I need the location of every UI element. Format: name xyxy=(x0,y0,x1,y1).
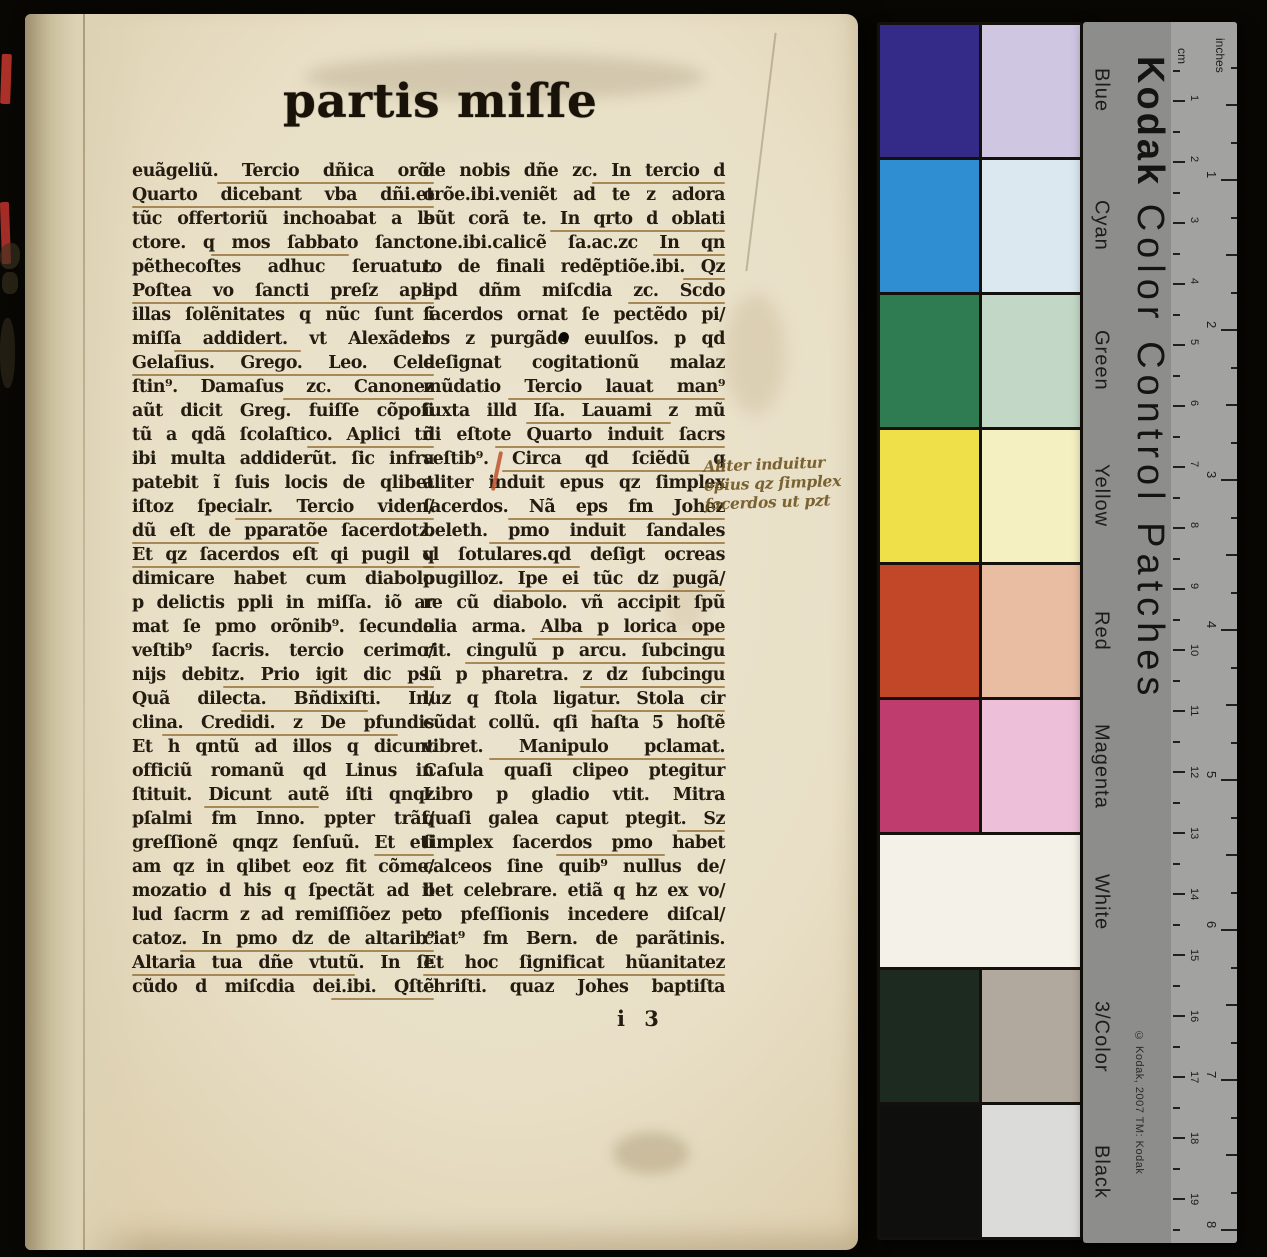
text-column-right: de nobis dñe zc. In tercio dorõe.ibi.ven… xyxy=(423,160,725,1000)
text-line: euãgeliũ. Tercio dñica orõ. xyxy=(132,160,434,184)
cm-tick xyxy=(1173,100,1185,102)
inch-tick xyxy=(1221,1229,1237,1231)
chart-copyright: © Kodak, 2007 TM: Kodak xyxy=(1129,1030,1145,1230)
text-line: de nobis dñe zc. In tercio d xyxy=(423,160,725,184)
cm-tick xyxy=(1173,527,1185,529)
cm-number: 14 xyxy=(1188,888,1200,900)
kodak-brand: Kodak xyxy=(1129,56,1171,187)
color-patch-yellow-tint xyxy=(982,430,1081,562)
inch-tick xyxy=(1231,1117,1237,1119)
text-line: Gelaſius. Grego. Leo. Cele xyxy=(132,352,434,376)
text-line: Caſula quaſi clipeo ptegitur xyxy=(423,760,725,784)
cm-tick xyxy=(1173,405,1185,407)
inch-tick xyxy=(1231,217,1237,219)
cm-tick xyxy=(1173,1137,1185,1139)
text-line: pẽthecoſtes adhuc ſeruatur. xyxy=(132,256,434,280)
text-line: am qz in qlibet eoz fit cõme/ xyxy=(132,856,434,880)
inch-tick xyxy=(1221,329,1237,331)
inch-tick xyxy=(1226,104,1237,106)
inch-tick xyxy=(1231,367,1237,369)
text-line: ſtituit. Dicunt autẽ iſti qnqz xyxy=(132,784,434,808)
inch-tick xyxy=(1231,667,1237,669)
color-patch-green-primary xyxy=(880,295,979,427)
text-line: dũ eſt de pparatõe ſacerdotz. xyxy=(132,520,434,544)
text-line: vl ſotulares.qd deſigt ocreas xyxy=(423,544,725,568)
text-line: Altaria tua dñe vtutũ. In ſe xyxy=(132,952,434,976)
text-line: patebit ĩ ſuis locis de qlibet xyxy=(132,472,434,496)
inch-number: 4 xyxy=(1204,621,1219,628)
inch-tick xyxy=(1231,967,1237,969)
text-line: miſſa addidert. vt Alexãder. xyxy=(132,328,434,352)
margin-note-line: ſacerdos ut pzt xyxy=(704,489,863,514)
cm-tick xyxy=(1173,863,1180,865)
inch-tick xyxy=(1221,779,1237,781)
text-line: calceos ſine quib⁹ nullus de/ xyxy=(423,856,725,880)
text-line: mozatio d his q ſpectãt ad il xyxy=(132,880,434,904)
cm-tick xyxy=(1173,954,1185,956)
text-line: lud ſacrm z ad remiſſiõez pec xyxy=(132,904,434,928)
inch-number: 3 xyxy=(1204,471,1219,478)
inch-tick xyxy=(1231,1042,1237,1044)
text-line: illas ſolẽnitates q nũc ſunt ĩ xyxy=(132,304,434,328)
text-line: dimicare habet cum diabolo xyxy=(132,568,434,592)
color-patch-blue-tint xyxy=(982,25,1081,157)
text-line: aũt dicit Greg. fuiſſe cõpoſi xyxy=(132,400,434,424)
inch-tick xyxy=(1226,704,1237,706)
color-patch-black-primary xyxy=(880,1105,979,1237)
cm-tick xyxy=(1173,924,1180,926)
cm-tick xyxy=(1173,131,1180,133)
patch-label-blue: Blue xyxy=(1087,22,1115,157)
text-line: los z purgãdo euulſos. p qd xyxy=(423,328,725,352)
inch-number: 5 xyxy=(1204,771,1219,778)
text-line: greſſionẽ qnqz ſenſuũ. Et eti xyxy=(132,832,434,856)
inch-tick xyxy=(1226,404,1237,406)
cm-number: 7 xyxy=(1188,461,1200,467)
cm-tick xyxy=(1173,1168,1180,1170)
ink-dot xyxy=(559,332,569,342)
patch-label-black: Black xyxy=(1087,1105,1115,1240)
inch-tick xyxy=(1231,1192,1237,1194)
ruler-cm-label: cm xyxy=(1175,48,1189,64)
cm-tick xyxy=(1173,1015,1185,1017)
cm-tick xyxy=(1173,1107,1180,1109)
inch-tick xyxy=(1221,929,1237,931)
inch-tick xyxy=(1221,179,1237,181)
inch-tick xyxy=(1226,1004,1237,1006)
cm-tick xyxy=(1173,1229,1180,1231)
text-line: pugilloz. Ipe ei tũc dz pugã/ xyxy=(423,568,725,592)
color-patch-cyan-tint xyxy=(982,160,1081,292)
inch-number: 1 xyxy=(1204,171,1219,178)
text-line: Quarto dicebant vba dñi.et xyxy=(132,184,434,208)
inch-tick xyxy=(1231,817,1237,819)
color-patch-cyan-primary xyxy=(880,160,979,292)
text-line: vibret. Manipulo pclamat. xyxy=(423,736,725,760)
cm-number: 8 xyxy=(1188,522,1200,528)
cm-tick xyxy=(1173,771,1185,773)
cm-number: 5 xyxy=(1188,339,1200,345)
cm-number: 4 xyxy=(1188,278,1200,284)
text-line: iſtoz ſpecialr. Tercio viden/ xyxy=(132,496,434,520)
chart-title: Kodak Color Control Patches xyxy=(1119,56,1171,1026)
cm-tick xyxy=(1173,161,1185,163)
cm-number: 1 xyxy=(1188,95,1200,101)
cm-number: 6 xyxy=(1188,400,1200,406)
color-patch-3/color-tint xyxy=(982,970,1081,1102)
text-line: nijs debitz. Prio igit dic ps. xyxy=(132,664,434,688)
text-line: Et h qntũ ad illos q dicunt xyxy=(132,736,434,760)
text-line: pſalmi fm Inno. ppter trãſ/ xyxy=(132,808,434,832)
cm-tick xyxy=(1173,649,1185,651)
page-title: partis miſſe xyxy=(283,74,593,129)
cm-tick xyxy=(1173,70,1180,72)
inch-tick xyxy=(1226,254,1237,256)
margin-annotation: Aliter induiturepius qz ſimplexſacerdos … xyxy=(703,451,863,513)
chart-title-rest: Color Control Patches xyxy=(1129,187,1171,701)
photograph-background: partis miſſe euãgeliũ. Tercio dñica orõ.… xyxy=(0,0,1267,1257)
cm-number: 19 xyxy=(1188,1193,1200,1205)
cm-tick xyxy=(1173,802,1180,804)
cm-tick xyxy=(1173,710,1185,712)
text-line: deſignat cogitationũ malaz xyxy=(423,352,725,376)
text-line: ctore. q mos ſabbato ſancto xyxy=(132,232,434,256)
inch-number: 7 xyxy=(1204,1071,1219,1078)
cm-tick xyxy=(1173,344,1185,346)
text-line: p delictis ppli in miſſa. iõ ar xyxy=(132,592,434,616)
cm-tick xyxy=(1173,1198,1185,1200)
cm-tick xyxy=(1173,1046,1180,1048)
page-edge-line xyxy=(83,14,85,1250)
color-patch-white xyxy=(880,835,1080,967)
text-line: clina. Credidi. z De pfundis xyxy=(132,712,434,736)
text-line: ſtin⁹. Damaſus zc. Canonez xyxy=(132,376,434,400)
cm-tick xyxy=(1173,558,1180,560)
text-line: tũ a qdã ſcolaſtico. Aplici tñ xyxy=(132,424,434,448)
patch-label-yellow: Yellow xyxy=(1087,428,1115,563)
text-line: tũc offertoriũ inchoabat a le xyxy=(132,208,434,232)
patch-label-3/color: 3/Color xyxy=(1087,969,1115,1104)
cm-tick xyxy=(1173,497,1180,499)
handwriting-fragment xyxy=(2,272,18,294)
text-line: iuxta illd Iſa. Lauami z mũ xyxy=(423,400,725,424)
paper-crease xyxy=(745,33,776,271)
patch-label-magenta: Magenta xyxy=(1087,699,1115,834)
text-line: orõe.ibi.veniẽt ad te z adora xyxy=(423,184,725,208)
cm-number: 15 xyxy=(1188,949,1200,961)
cm-number: 11 xyxy=(1188,705,1200,716)
cm-tick xyxy=(1173,741,1180,743)
text-line: one.ibi.calicẽ ſa.ac.zc In qn xyxy=(423,232,725,256)
quire-signature: i 3 xyxy=(617,1006,665,1031)
color-patch-green-tint xyxy=(982,295,1081,427)
inch-tick xyxy=(1231,517,1237,519)
text-line: officiũ romanũ qd Linus in xyxy=(132,760,434,784)
color-patch-red-tint xyxy=(982,565,1081,697)
cm-tick xyxy=(1173,314,1180,316)
kodak-color-chart: BlueCyanGreenYellowRedMagentaWhite3/Colo… xyxy=(877,22,1237,1243)
text-line: re cũ diabolo. vñ accipit ſpũ xyxy=(423,592,725,616)
cm-tick xyxy=(1173,1076,1185,1078)
text-line: ciat⁹ fm Bern. de parãtinis. xyxy=(423,928,725,952)
paper-stain xyxy=(725,294,785,414)
color-patch-black-tint xyxy=(982,1105,1081,1237)
text-line: beleth. pmo induit ſandales xyxy=(423,520,725,544)
text-line: apd dñm miſcdia zc. Scdo xyxy=(423,280,725,304)
inch-tick xyxy=(1231,892,1237,894)
book-page: partis miſſe euãgeliũ. Tercio dñica orõ.… xyxy=(25,14,858,1250)
text-line: ſacerdos ornat ſe pectẽdo pi/ xyxy=(423,304,725,328)
text-line: Libro p gladio vtit. Mitra xyxy=(423,784,725,808)
cm-number: 18 xyxy=(1188,1132,1200,1144)
patch-label-green: Green xyxy=(1087,293,1115,428)
inch-tick xyxy=(1221,1079,1237,1081)
text-line: di eſtote Quarto induit ſacrs xyxy=(423,424,725,448)
inch-tick xyxy=(1221,479,1237,481)
cm-tick xyxy=(1173,466,1185,468)
cm-number: 13 xyxy=(1188,827,1200,839)
text-line: quaſi galea caput ptegit. Sz xyxy=(423,808,725,832)
text-line: veſtib⁹. Circa qd ſciẽdũ q xyxy=(423,448,725,472)
color-patch-yellow-primary xyxy=(880,430,979,562)
patch-label-cyan: Cyan xyxy=(1087,157,1115,292)
cm-tick xyxy=(1173,832,1185,834)
text-line: Quã dilecta. Bñdixiſti. In/ xyxy=(132,688,434,712)
text-line: mat ſe pmo orõnib⁹. ſecundo xyxy=(132,616,434,640)
cm-number: 10 xyxy=(1188,644,1200,656)
cm-number: 2 xyxy=(1188,156,1200,162)
ruler-inches-label: inches xyxy=(1213,38,1227,73)
inch-tick xyxy=(1231,67,1237,69)
handwriting-fragment xyxy=(0,243,20,269)
inch-tick xyxy=(1231,292,1237,294)
cm-number: 16 xyxy=(1188,1010,1200,1022)
text-line: luz q ſtola ligatur. Stola cir xyxy=(423,688,725,712)
text-line: aliter induit epus qz ſimplex xyxy=(423,472,725,496)
text-line: bũt corã te. In qrto d oblati xyxy=(423,208,725,232)
cm-tick xyxy=(1173,436,1180,438)
cm-tick xyxy=(1173,375,1180,377)
text-line: Poſtea vo ſancti preſz apli xyxy=(132,280,434,304)
text-line: veſtib⁹ ſacris. tercio cerimo/ xyxy=(132,640,434,664)
text-line: alia arma. Alba p lorica ope xyxy=(423,616,725,640)
text-line: cũdat collũ. qſi haſta 5 hoſtẽ xyxy=(423,712,725,736)
cm-number: 3 xyxy=(1188,217,1200,223)
text-line: catoz. In pmo dz de altarib⁹ xyxy=(132,928,434,952)
color-patch-magenta-primary xyxy=(880,700,979,832)
inch-tick xyxy=(1226,854,1237,856)
cm-number: 17 xyxy=(1188,1071,1200,1083)
cm-tick xyxy=(1173,253,1180,255)
text-line: ſacerdos. Nã eps fm Johez xyxy=(423,496,725,520)
text-column-left: euãgeliũ. Tercio dñica orõ.Quarto diceba… xyxy=(132,160,434,1000)
chart-label-strip: BlueCyanGreenYellowRedMagentaWhite3/Colo… xyxy=(1083,22,1237,1243)
text-line: cũdo d miſcdia dei.ibi. Qſtẽ xyxy=(132,976,434,1000)
paper-smudge xyxy=(613,1132,689,1174)
color-patch-magenta-tint xyxy=(982,700,1081,832)
inch-number: 6 xyxy=(1204,921,1219,928)
text-line: lũ p pharetra. z dz ſubcingu xyxy=(423,664,725,688)
color-patch-grid xyxy=(877,22,1083,1240)
cm-number: 9 xyxy=(1188,583,1200,589)
color-patch-red-primary xyxy=(880,565,979,697)
inch-tick xyxy=(1231,142,1237,144)
color-patch-3/color-primary xyxy=(880,970,979,1102)
patch-label-white: White xyxy=(1087,834,1115,969)
text-line: ibi multa addiderũt. ſic infra xyxy=(132,448,434,472)
ink-edge-fragment xyxy=(0,318,15,388)
cm-tick xyxy=(1173,192,1180,194)
cm-tick xyxy=(1173,588,1185,590)
manuscript-underline xyxy=(331,998,434,1000)
cm-tick xyxy=(1173,619,1180,621)
text-line: Et qz ſacerdos eſt qi pugil q xyxy=(132,544,434,568)
cm-tick xyxy=(1173,893,1185,895)
cm-tick xyxy=(1173,680,1180,682)
cm-tick xyxy=(1173,222,1185,224)
cm-number: 12 xyxy=(1188,766,1200,778)
text-line: mũdatio Tercio lauat man⁹ xyxy=(423,376,725,400)
inch-tick xyxy=(1231,592,1237,594)
text-line: rit. cingulũ p arcu. ſubcingu xyxy=(423,640,725,664)
text-line: ſimplex ſacerdos pmo habet xyxy=(423,832,725,856)
inch-tick xyxy=(1231,442,1237,444)
patch-label-red: Red xyxy=(1087,563,1115,698)
inch-number: 8 xyxy=(1204,1221,1219,1228)
inch-number: 2 xyxy=(1204,321,1219,328)
inch-tick xyxy=(1226,554,1237,556)
rubrication-edge-mark xyxy=(0,54,12,104)
cm-tick xyxy=(1173,283,1185,285)
inch-tick xyxy=(1221,629,1237,631)
inch-tick xyxy=(1226,1154,1237,1156)
text-line: to pfeſſionis incedere diſcal/ xyxy=(423,904,725,928)
text-line: to de finali redẽptiõe.ibi. Qz xyxy=(423,256,725,280)
ruler: cm inches 123456789101112131415161718191… xyxy=(1171,22,1237,1243)
text-line: Et hoc ſignificat hũanitatez xyxy=(423,952,725,976)
inch-tick xyxy=(1231,742,1237,744)
color-patch-blue-primary xyxy=(880,25,979,157)
cm-tick xyxy=(1173,985,1180,987)
text-line: chriſti. quaz Johes baptiſta xyxy=(423,976,725,1000)
text-line: bet celebrare. etiã q hz ex vo/ xyxy=(423,880,725,904)
